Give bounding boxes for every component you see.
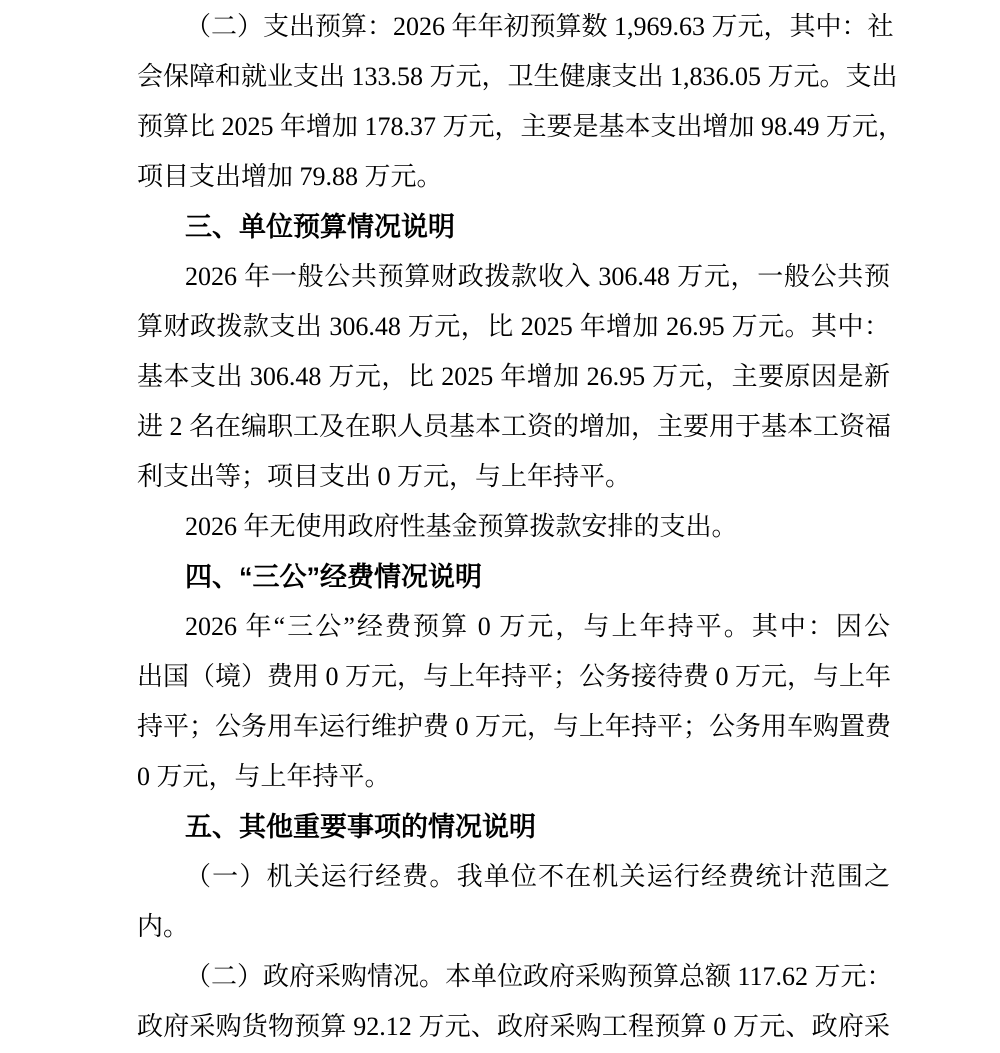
section-heading: 三、单位预算情况说明	[137, 202, 890, 252]
section-heading: 五、其他重要事项的情况说明	[137, 802, 890, 852]
text-line: （一）机关运行经费。我单位不在机关运行经费统计范围之	[137, 852, 890, 902]
text-line: 算财政拨款支出 306.48 万元，比 2025 年增加 26.95 万元。其中…	[137, 302, 890, 352]
text-line: （二）政府采购情况。本单位政府采购预算总额 117.62 万元：	[137, 952, 890, 1002]
text-line: （二）支出预算：2026 年年初预算数 1,969.63 万元，其中：社	[137, 2, 890, 52]
text-line: 内。	[137, 902, 890, 952]
text-line: 基本支出 306.48 万元，比 2025 年增加 26.95 万元，主要原因是…	[137, 352, 890, 402]
document-page: （二）支出预算：2026 年年初预算数 1,969.63 万元，其中：社会保障和…	[0, 0, 1000, 1053]
text-line: 政府采购货物预算 92.12 万元、政府采购工程预算 0 万元、政府采	[137, 1002, 890, 1052]
text-line: 预算比 2025 年增加 178.37 万元，主要是基本支出增加 98.49 万…	[137, 102, 890, 152]
text-line: 持平；公务用车运行维护费 0 万元，与上年持平；公务用车购置费	[137, 702, 890, 752]
text-line: 利支出等；项目支出 0 万元，与上年持平。	[137, 452, 890, 502]
text-line: 会保障和就业支出 133.58 万元，卫生健康支出 1,836.05 万元。支出	[137, 52, 890, 102]
text-line: 2026 年“三公”经费预算 0 万元，与上年持平。其中：因公	[137, 602, 890, 652]
text-line: 2026 年一般公共预算财政拨款收入 306.48 万元，一般公共预	[137, 252, 890, 302]
text-line: 2026 年无使用政府性基金预算拨款安排的支出。	[137, 502, 890, 552]
section-heading: 四、“三公”经费情况说明	[137, 552, 890, 602]
text-line: 进 2 名在编职工及在职人员基本工资的增加，主要用于基本工资福	[137, 402, 890, 452]
text-line: 出国（境）费用 0 万元，与上年持平；公务接待费 0 万元，与上年	[137, 652, 890, 702]
text-line: 项目支出增加 79.88 万元。	[137, 152, 890, 202]
text-line: 0 万元，与上年持平。	[137, 752, 890, 802]
